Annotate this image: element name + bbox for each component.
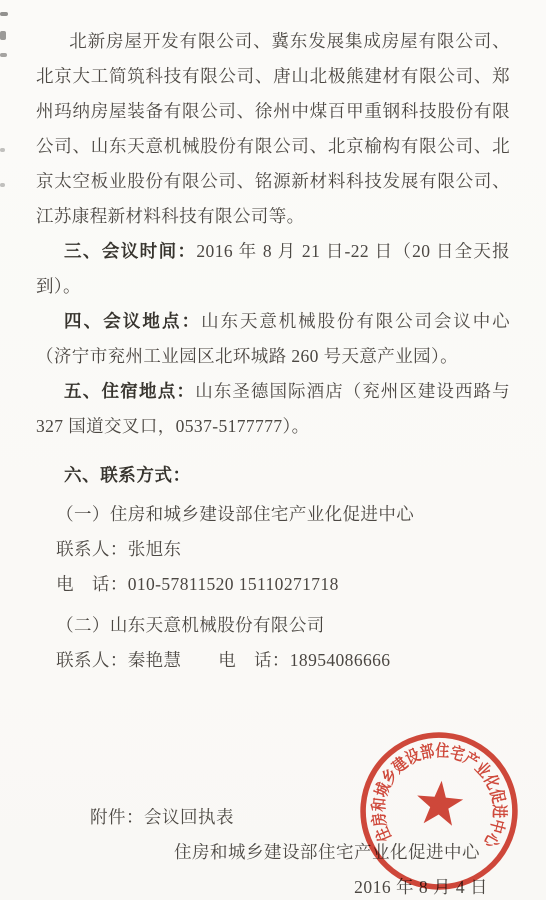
section-contact-heading: 六、联系方式： bbox=[36, 458, 510, 493]
section-accommodation-label: 五、住宿地点： bbox=[64, 381, 195, 401]
section-meeting-time-label: 三、会议时间： bbox=[64, 241, 196, 261]
contact-person-1: 联系人：张旭东 bbox=[36, 532, 510, 567]
section-meeting-time: 三、会议时间：2016 年 8 月 21 日-22 日（20 日全天报到）。 bbox=[36, 234, 510, 304]
official-seal: 住房和城乡建设部住宅产业化促进中心 bbox=[349, 721, 529, 900]
section-contact-heading-label: 六、联系方式： bbox=[64, 465, 191, 485]
contact-org-2: （二）山东天意机械股份有限公司 bbox=[36, 608, 510, 643]
scanned-document-page: 北新房屋开发有限公司、冀东发展集成房屋有限公司、北京大工简筑科技有限公司、唐山北… bbox=[0, 0, 546, 900]
contact-line-2: 联系人：秦艳慧电 话：18954086666 bbox=[36, 643, 510, 678]
scan-artifact bbox=[0, 183, 5, 187]
scan-artifact bbox=[0, 31, 6, 40]
scan-artifact bbox=[0, 53, 7, 57]
contact-person-2: 联系人：秦艳慧 bbox=[56, 650, 181, 670]
section-meeting-venue-label: 四、会议地点： bbox=[64, 311, 201, 331]
contact-phone-1: 电 话：010-57811520 15110271718 bbox=[36, 567, 510, 602]
star-icon bbox=[415, 779, 465, 827]
contact-phone-2: 电 话：18954086666 bbox=[218, 650, 390, 670]
contact-org-1: （一）住房和城乡建设部住宅产业化促进中心 bbox=[36, 497, 510, 532]
section-accommodation: 五、住宿地点：山东圣德国际酒店（兖州区建设西路与 327 国道交叉口，0537-… bbox=[36, 374, 510, 444]
scan-artifact bbox=[0, 148, 5, 152]
scan-artifact bbox=[0, 12, 8, 16]
section-meeting-venue: 四、会议地点：山东天意机械股份有限公司会议中心（济宁市兖州工业园区北环城路 26… bbox=[36, 304, 510, 374]
participants-paragraph: 北新房屋开发有限公司、冀东发展集成房屋有限公司、北京大工简筑科技有限公司、唐山北… bbox=[36, 24, 510, 234]
